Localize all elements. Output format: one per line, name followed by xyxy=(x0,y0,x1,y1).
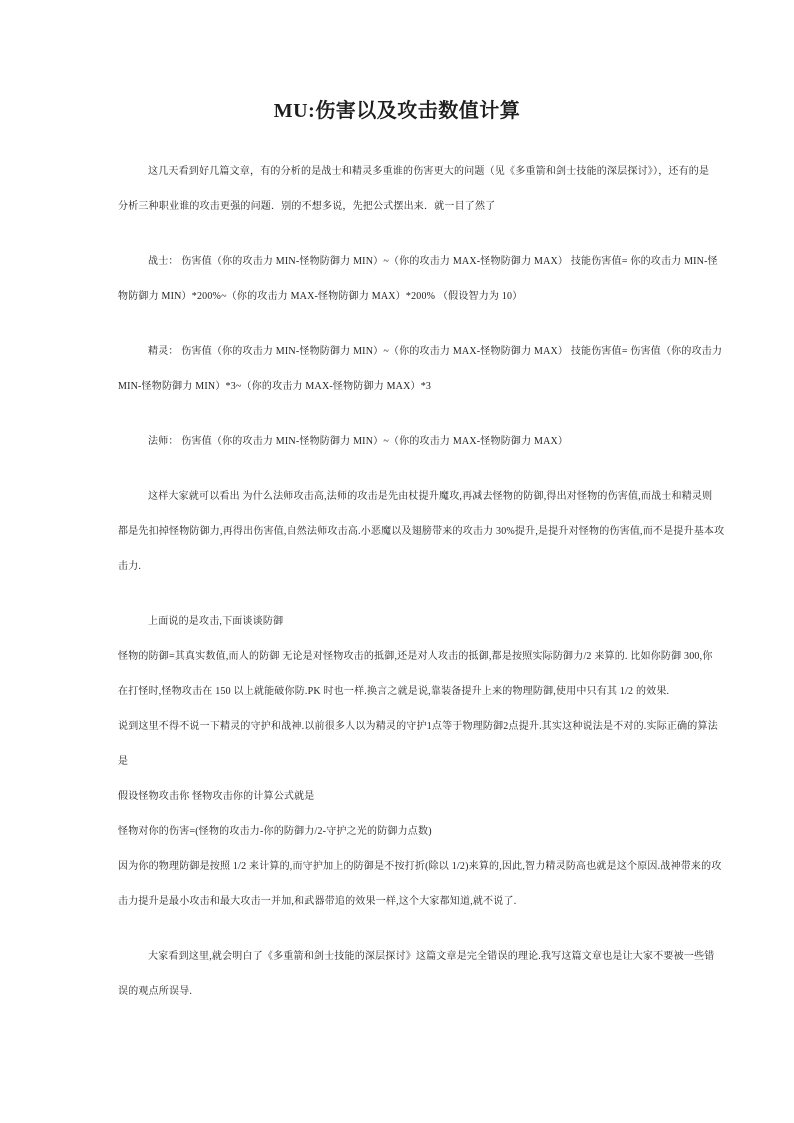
text-line: 这几天看到好几篇文章，有的分析的是战士和精灵多重谁的伤害更大的问题（见《多重箭和… xyxy=(118,154,682,189)
text-line: 因为你的物理防御是按照 1/2 来计算的,而守护加上的防御是不按打折(除以 1/… xyxy=(118,849,682,884)
paragraph: 这样大家就可以看出 为什么法师攻击高,法师的攻击是先由杖提升魔攻,再减去怪物的防… xyxy=(118,479,682,584)
text-line: 是 xyxy=(118,744,682,779)
text-line: 战士： 伤害值（你的攻击力 MIN-怪物防御力 MIN）~（你的攻击力 MAX-… xyxy=(118,244,682,279)
document-body: 这几天看到好几篇文章，有的分析的是战士和精灵多重谁的伤害更大的问题（见《多重箭和… xyxy=(118,154,682,1009)
paragraph: 假设怪物攻击你 怪物攻击你的计算公式就是 xyxy=(118,779,682,814)
text-line: 击力提升是最小攻击和最大攻击一并加,和武器带追的效果一样,这个大家都知道,就不说… xyxy=(118,884,682,919)
text-line: 击力. xyxy=(118,549,682,584)
text-line: 在打怪时,怪物攻击在 150 以上就能破你防.PK 时也一样.换言之就是说,靠装… xyxy=(118,674,682,709)
document-title: MU:伤害以及攻击数值计算 xyxy=(0,96,794,126)
paragraph: 这几天看到好几篇文章，有的分析的是战士和精灵多重谁的伤害更大的问题（见《多重箭和… xyxy=(118,154,682,224)
paragraph: 战士： 伤害值（你的攻击力 MIN-怪物防御力 MIN）~（你的攻击力 MAX-… xyxy=(118,244,682,314)
text-line: 怪物的防御=其真实数值,而人的防御 无论是对怪物攻击的抵御,还是对人攻击的抵御,… xyxy=(118,639,682,674)
paragraph: 上面说的是攻击,下面谈谈防御 xyxy=(118,604,682,639)
text-line: 精灵： 伤害值（你的攻击力 MIN-怪物防御力 MIN）~（你的攻击力 MAX-… xyxy=(118,334,682,369)
text-line: 这样大家就可以看出 为什么法师攻击高,法师的攻击是先由杖提升魔攻,再减去怪物的防… xyxy=(118,479,682,514)
text-line: MIN-怪物防御力 MIN）*3~（你的攻击力 MAX-怪物防御力 MAX）*3 xyxy=(118,369,682,404)
paragraph: 怪物的防御=其真实数值,而人的防御 无论是对怪物攻击的抵御,还是对人攻击的抵御,… xyxy=(118,639,682,709)
paragraph: 因为你的物理防御是按照 1/2 来计算的,而守护加上的防御是不按打折(除以 1/… xyxy=(118,849,682,919)
text-line: 物防御力 MIN）*200%~（你的攻击力 MAX-怪物防御力 MAX）*200… xyxy=(118,279,682,314)
paragraph: 说到这里不得不说一下精灵的守护和战神.以前很多人以为精灵的守护1点等于物理防御2… xyxy=(118,709,682,779)
paragraph: 法师： 伤害值（你的攻击力 MIN-怪物防御力 MIN）~（你的攻击力 MAX-… xyxy=(118,424,682,459)
text-line: 法师： 伤害值（你的攻击力 MIN-怪物防御力 MIN）~（你的攻击力 MAX-… xyxy=(118,424,682,459)
text-line: 上面说的是攻击,下面谈谈防御 xyxy=(118,604,682,639)
text-line: 假设怪物攻击你 怪物攻击你的计算公式就是 xyxy=(118,779,682,814)
text-line: 怪物对你的伤害=(怪物的攻击力-你的防御力/2-守护之光的防御力点数) xyxy=(118,814,682,849)
text-line: 都是先扣掉怪物防御力,再得出伤害值,自然法师攻击高.小恶魔以及翅膀带来的攻击力 … xyxy=(118,514,682,549)
paragraph: 大家看到这里,就会明白了《多重箭和剑士技能的深层探讨》这篇文章是完全错误的理论.… xyxy=(118,939,682,1009)
paragraph: 精灵： 伤害值（你的攻击力 MIN-怪物防御力 MIN）~（你的攻击力 MAX-… xyxy=(118,334,682,404)
text-line: 分析三种职业谁的攻击更强的问题．别的不想多说，先把公式摆出来．就一目了然了 xyxy=(118,189,682,224)
text-line: 说到这里不得不说一下精灵的守护和战神.以前很多人以为精灵的守护1点等于物理防御2… xyxy=(118,709,682,744)
document-page: MU:伤害以及攻击数值计算 这几天看到好几篇文章，有的分析的是战士和精灵多重谁的… xyxy=(0,0,794,1123)
text-line: 大家看到这里,就会明白了《多重箭和剑士技能的深层探讨》这篇文章是完全错误的理论.… xyxy=(118,939,682,974)
text-line: 误的观点所误导. xyxy=(118,974,682,1009)
paragraph: 怪物对你的伤害=(怪物的攻击力-你的防御力/2-守护之光的防御力点数) xyxy=(118,814,682,849)
